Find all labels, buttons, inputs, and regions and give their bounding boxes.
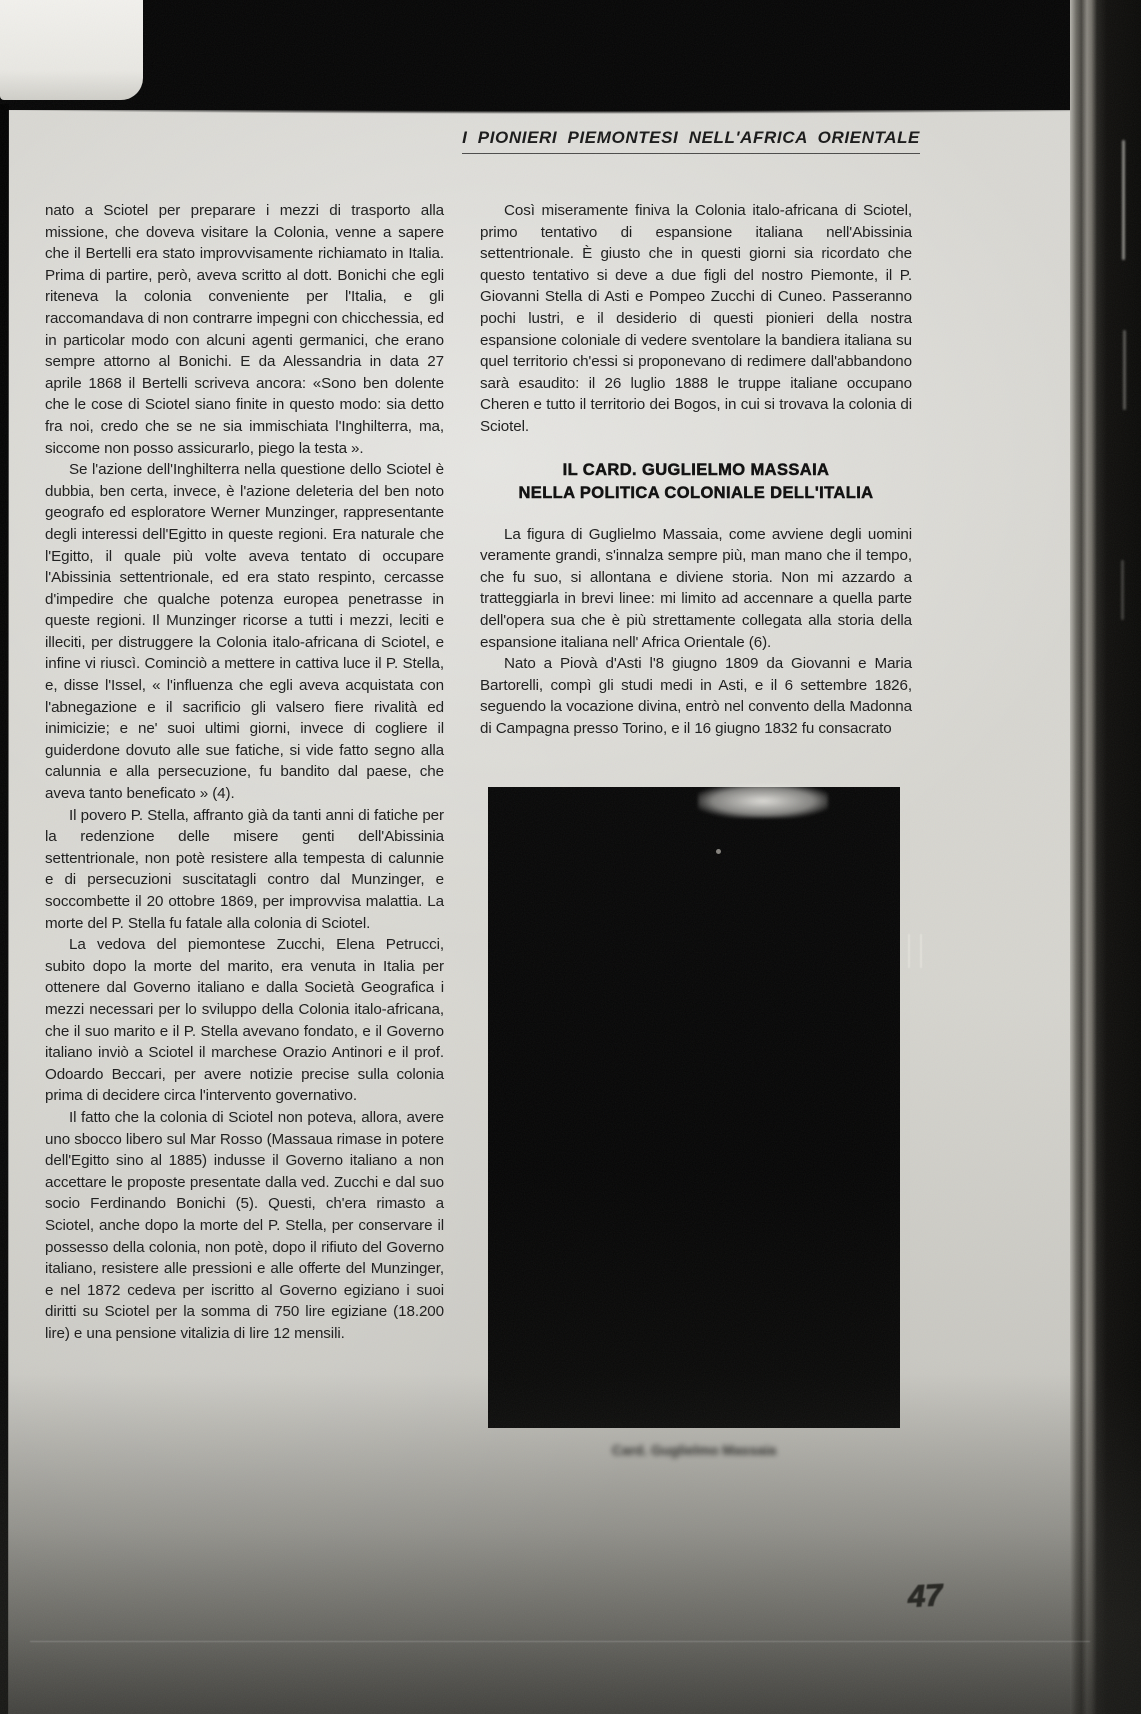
section-heading-line1: IL CARD. GUGLIELMO MASSAIA: [563, 461, 830, 479]
book-spine-edge: [1070, 0, 1141, 1714]
spine-light-streak: [1121, 560, 1124, 620]
section-heading: IL CARD. GUGLIELMO MASSAIA NELLA POLITIC…: [480, 459, 912, 505]
paragraph: La vedova del piemontese Zucchi, Elena P…: [45, 934, 444, 1107]
paragraph: Il povero P. Stella, affranto già da tan…: [45, 805, 444, 935]
paragraph: La figura di Guglielmo Massaia, come avv…: [480, 524, 912, 654]
page-sheet: I PIONIERI PIEMONTESI NELL'AFRICA ORIENT…: [8, 106, 1078, 1714]
bottom-scratch-line: [30, 1641, 1090, 1642]
paragraph: Il fatto che la colonia di Sciotel non p…: [45, 1107, 444, 1345]
right-intro-paragraphs: Così miseramente finiva la Colonia italo…: [480, 200, 912, 438]
spine-light-streak: [1122, 140, 1125, 260]
running-header: I PIONIERI PIEMONTESI NELL'AFRICA ORIENT…: [8, 128, 920, 154]
paragraph: Così miseramente finiva la Colonia italo…: [480, 200, 912, 438]
text-column-left: nato a Sciotel per preparare i mezzi di …: [45, 200, 444, 1344]
paragraph: Nato a Piovà d'Asti l'8 giugno 1809 da G…: [480, 653, 912, 739]
page-number: 47: [907, 1577, 943, 1615]
page-left-edge-shadow: [0, 104, 9, 1714]
photo-dust-speck: [716, 849, 721, 854]
scanned-book-page: I PIONIERI PIEMONTESI NELL'AFRICA ORIENT…: [0, 0, 1141, 1714]
paragraph: nato a Sciotel per preparare i mezzi di …: [45, 200, 444, 459]
paragraph: Se l'azione dell'Inghilterra nella quest…: [45, 459, 444, 805]
text-column-right: Così miseramente finiva la Colonia italo…: [480, 200, 912, 1462]
scanner-top-border: [0, 0, 1141, 110]
section-heading-line2: NELLA POLITICA COLONIALE DELL'ITALIA: [518, 484, 873, 502]
photo-caption: Card. Guglielmo Massaia: [488, 1440, 900, 1462]
spine-light-streak: [1123, 330, 1126, 410]
running-header-text: I PIONIERI PIEMONTESI NELL'AFRICA ORIENT…: [462, 128, 920, 154]
right-body-paragraphs: La figura di Guglielmo Massaia, come avv…: [480, 524, 912, 740]
margin-scratch-marks: [908, 934, 922, 968]
photo-plate-cardinal-massaia: [488, 787, 900, 1428]
corner-paper-slip: [0, 0, 143, 100]
